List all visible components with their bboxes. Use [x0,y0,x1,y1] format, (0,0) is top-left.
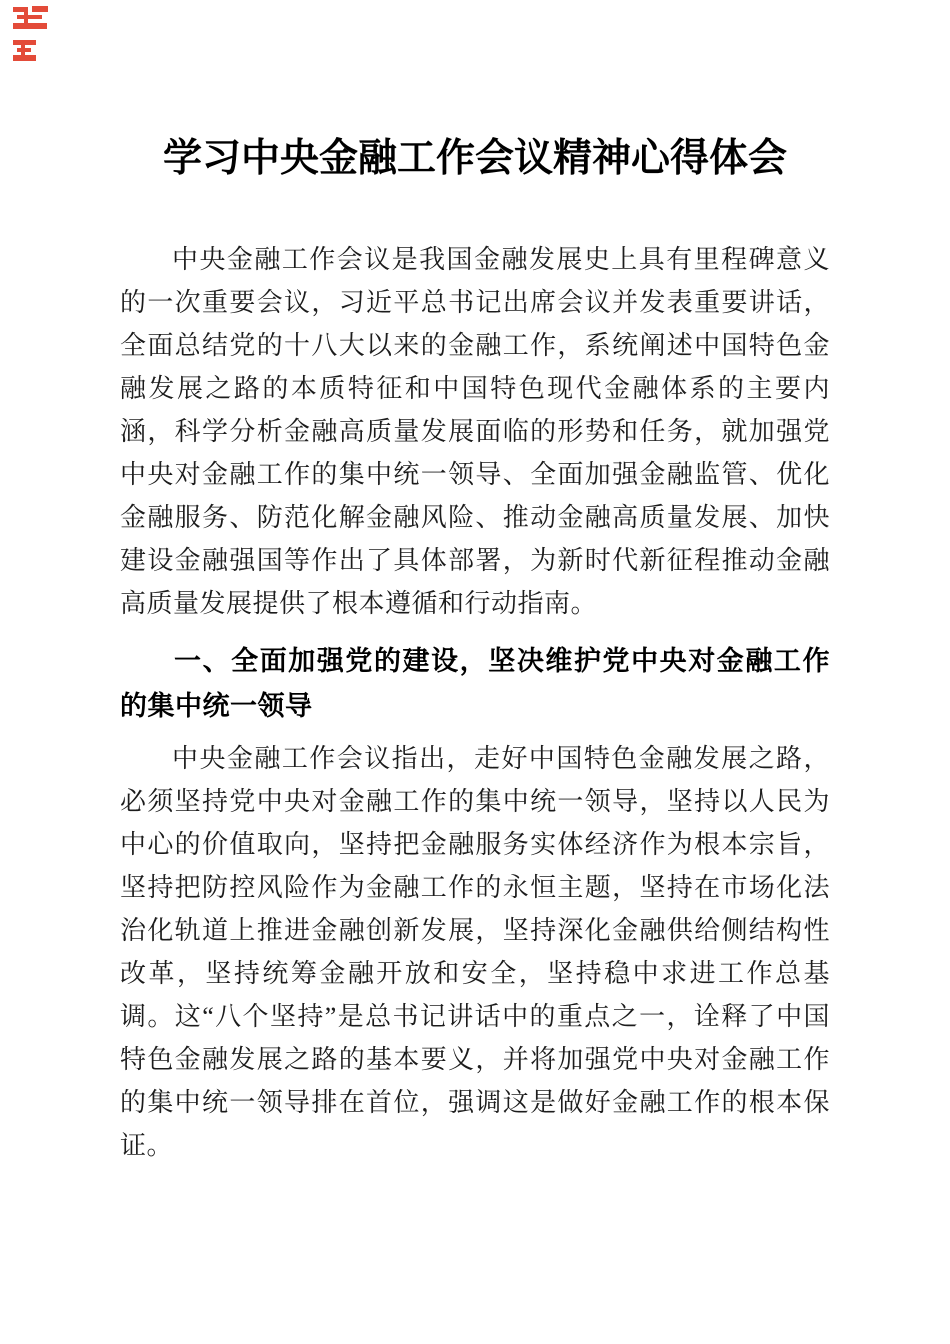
document-title: 学习中央金融工作会议精神心得体会 [120,134,830,184]
document-page: 学习中央金融工作会议精神心得体会 中央金融工作会议是我国金融发展史上具有里程碑意… [0,0,950,1344]
section-heading: 一、全面加强党的建设，坚决维护党中央对金融工作的集中统一领导 [120,639,830,729]
section-paragraph: 中央金融工作会议指出，走好中国特色金融发展之路，必须坚持党中央对金融工作的集中统… [120,737,830,1167]
red-stamp-icon [10,4,60,66]
intro-paragraph: 中央金融工作会议是我国金融发展史上具有里程碑意义的一次重要会议，习近平总书记出席… [120,238,830,625]
